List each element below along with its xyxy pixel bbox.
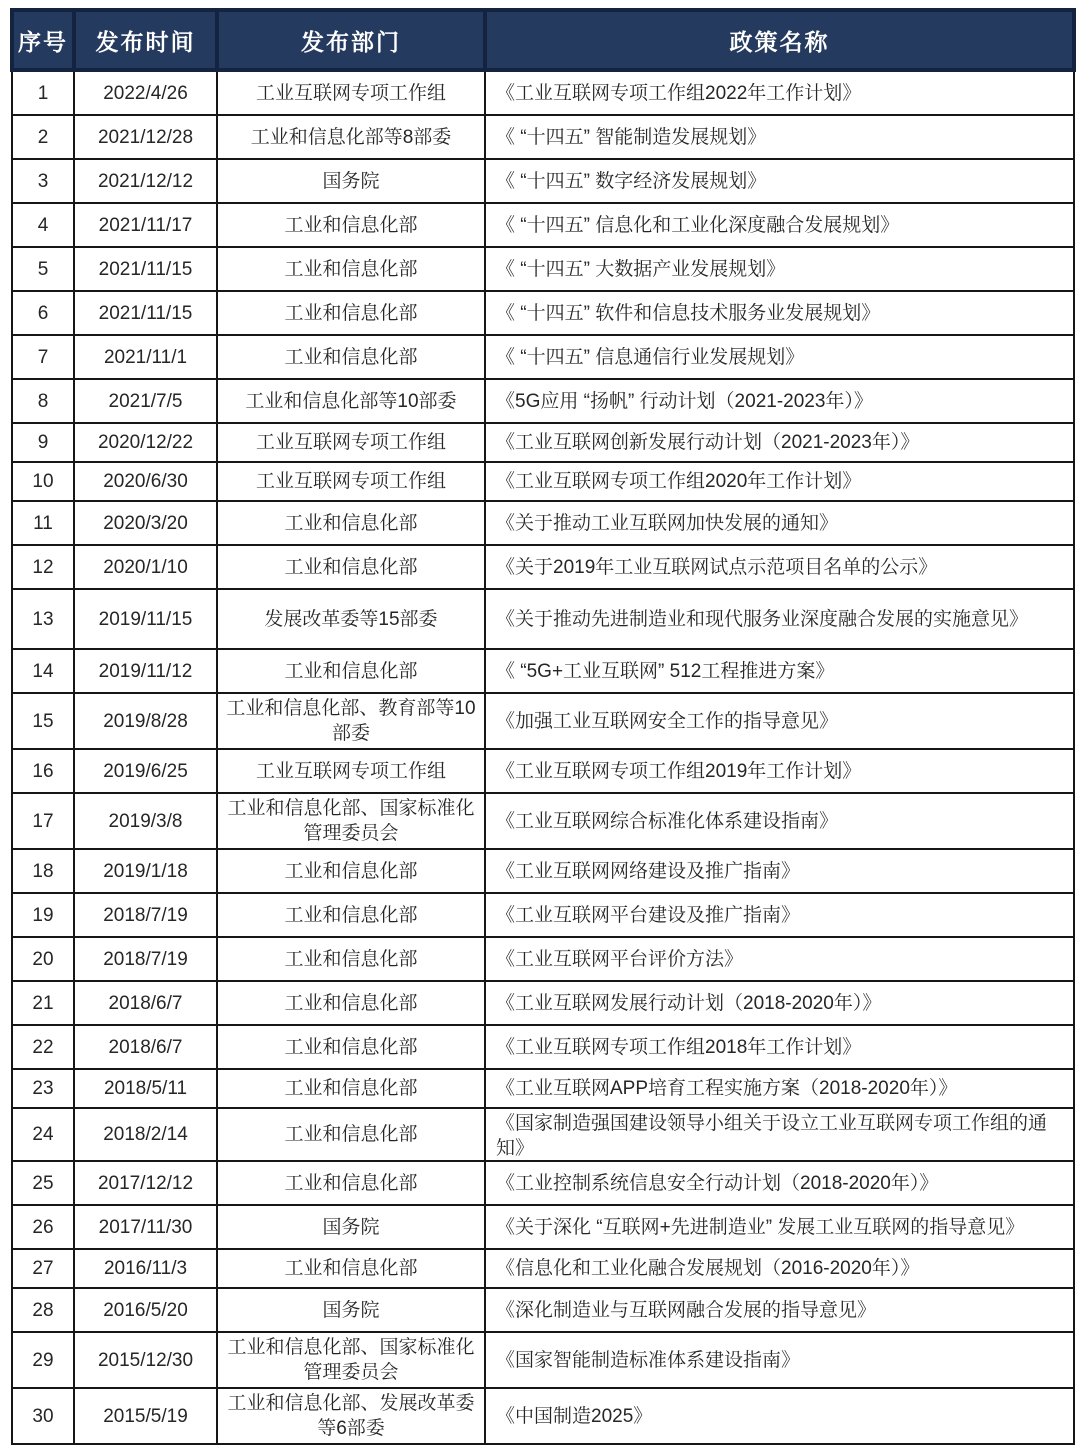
table-row: 2 2021/12/28 工业和信息化部等8部委 《 “十四五” 智能制造发展规…: [12, 115, 1074, 159]
page: 序号 发布时间 发布部门 政策名称 1 2022/4/26 工业互联网专项工作组…: [0, 0, 1080, 1423]
cell-index: 15: [12, 693, 74, 749]
cell-date: 2021/11/15: [74, 291, 217, 335]
cell-department: 工业和信息化部: [217, 1069, 485, 1108]
cell-policy: 《工业互联网网络建设及推广指南》: [485, 849, 1074, 893]
cell-department: 工业和信息化部: [217, 849, 485, 893]
table-row: 11 2020/3/20 工业和信息化部 《关于推动工业互联网加快发展的通知》: [12, 501, 1074, 545]
cell-index: 3: [12, 159, 74, 203]
cell-department: 工业和信息化部: [217, 893, 485, 937]
cell-date: 2017/11/30: [74, 1205, 217, 1249]
table-row: 13 2019/11/15 发展改革委等15部委 《关于推动先进制造业和现代服务…: [12, 589, 1074, 649]
cell-index: 24: [12, 1108, 74, 1161]
table-row: 21 2018/6/7 工业和信息化部 《工业互联网发展行动计划（2018-20…: [12, 981, 1074, 1025]
cell-department: 工业和信息化部: [217, 1108, 485, 1161]
cell-policy: 《 “十四五” 数字经济发展规划》: [485, 159, 1074, 203]
cell-department: 工业和信息化部、国家标准化管理委员会: [217, 793, 485, 849]
cell-date: 2019/6/25: [74, 749, 217, 793]
cell-policy: 《工业互联网专项工作组2022年工作计划》: [485, 70, 1074, 115]
cell-policy: 《深化制造业与互联网融合发展的指导意见》: [485, 1288, 1074, 1332]
cell-index: 5: [12, 247, 74, 291]
table-row: 6 2021/11/15 工业和信息化部 《 “十四五” 软件和信息技术服务业发…: [12, 291, 1074, 335]
cell-policy: 《 “十四五” 智能制造发展规划》: [485, 115, 1074, 159]
cell-department: 工业互联网专项工作组: [217, 462, 485, 501]
cell-index: 9: [12, 423, 74, 462]
cell-date: 2021/12/28: [74, 115, 217, 159]
cell-index: 13: [12, 589, 74, 649]
table-row: 22 2018/6/7 工业和信息化部 《工业互联网专项工作组2018年工作计划…: [12, 1025, 1074, 1069]
cell-department: 工业和信息化部: [217, 1161, 485, 1205]
cell-department: 工业和信息化部: [217, 203, 485, 247]
cell-date: 2019/8/28: [74, 693, 217, 749]
cell-index: 26: [12, 1205, 74, 1249]
table-row: 28 2016/5/20 国务院 《深化制造业与互联网融合发展的指导意见》: [12, 1288, 1074, 1332]
cell-index: 8: [12, 379, 74, 423]
cell-department: 工业互联网专项工作组: [217, 70, 485, 115]
cell-department: 工业和信息化部: [217, 291, 485, 335]
cell-date: 2020/6/30: [74, 462, 217, 501]
cell-date: 2015/12/30: [74, 1332, 217, 1388]
cell-index: 17: [12, 793, 74, 849]
cell-date: 2021/12/12: [74, 159, 217, 203]
cell-date: 2016/5/20: [74, 1288, 217, 1332]
cell-policy: 《工业互联网专项工作组2019年工作计划》: [485, 749, 1074, 793]
cell-policy: 《工业互联网综合标准化体系建设指南》: [485, 793, 1074, 849]
cell-department: 工业和信息化部: [217, 981, 485, 1025]
cell-index: 4: [12, 203, 74, 247]
table-row: 7 2021/11/1 工业和信息化部 《 “十四五” 信息通信行业发展规划》: [12, 335, 1074, 379]
cell-policy: 《关于推动先进制造业和现代服务业深度融合发展的实施意见》: [485, 589, 1074, 649]
cell-date: 2017/12/12: [74, 1161, 217, 1205]
cell-date: 2019/1/18: [74, 849, 217, 893]
cell-index: 21: [12, 981, 74, 1025]
cell-index: 25: [12, 1161, 74, 1205]
cell-date: 2018/6/7: [74, 1025, 217, 1069]
cell-department: 发展改革委等15部委: [217, 589, 485, 649]
cell-date: 2020/1/10: [74, 545, 217, 589]
table-row: 1 2022/4/26 工业互联网专项工作组 《工业互联网专项工作组2022年工…: [12, 70, 1074, 115]
cell-index: 29: [12, 1332, 74, 1388]
cell-date: 2018/6/7: [74, 981, 217, 1025]
cell-policy: 《信息化和工业化融合发展规划（2016-2020年）》: [485, 1249, 1074, 1288]
table-row: 18 2019/1/18 工业和信息化部 《工业互联网网络建设及推广指南》: [12, 849, 1074, 893]
cell-date: 2021/7/5: [74, 379, 217, 423]
cell-policy: 《关于推动工业互联网加快发展的通知》: [485, 501, 1074, 545]
cell-index: 1: [12, 70, 74, 115]
cell-index: 7: [12, 335, 74, 379]
table-row: 24 2018/2/14 工业和信息化部 《国家制造强国建设领导小组关于设立工业…: [12, 1108, 1074, 1161]
cell-policy: 《工业互联网创新发展行动计划（2021-2023年）》: [485, 423, 1074, 462]
cell-index: 22: [12, 1025, 74, 1069]
cell-policy: 《国家制造强国建设领导小组关于设立工业互联网专项工作组的通知》: [485, 1108, 1074, 1161]
table-row: 8 2021/7/5 工业和信息化部等10部委 《5G应用 “扬帆” 行动计划（…: [12, 379, 1074, 423]
header-row: 序号 发布时间 发布部门 政策名称: [12, 10, 1074, 70]
table-row: 15 2019/8/28 工业和信息化部、教育部等10部委 《加强工业互联网安全…: [12, 693, 1074, 749]
cell-policy: 《工业互联网专项工作组2020年工作计划》: [485, 462, 1074, 501]
cell-policy: 《工业互联网平台建设及推广指南》: [485, 893, 1074, 937]
cell-policy: 《 “5G+工业互联网” 512工程推进方案》: [485, 649, 1074, 693]
cell-department: 工业和信息化部: [217, 335, 485, 379]
cell-department: 工业和信息化部、发展改革委等6部委: [217, 1388, 485, 1444]
cell-department: 工业和信息化部: [217, 247, 485, 291]
cell-department: 工业和信息化部等10部委: [217, 379, 485, 423]
cell-department: 工业和信息化部、教育部等10部委: [217, 693, 485, 749]
cell-policy: 《关于2019年工业互联网试点示范项目名单的公示》: [485, 545, 1074, 589]
cell-department: 国务院: [217, 159, 485, 203]
table-row: 19 2018/7/19 工业和信息化部 《工业互联网平台建设及推广指南》: [12, 893, 1074, 937]
table-body: 1 2022/4/26 工业互联网专项工作组 《工业互联网专项工作组2022年工…: [12, 70, 1074, 1444]
cell-policy: 《 “十四五” 信息化和工业化深度融合发展规划》: [485, 203, 1074, 247]
cell-policy: 《 “十四五” 信息通信行业发展规划》: [485, 335, 1074, 379]
cell-policy: 《中国制造2025》: [485, 1388, 1074, 1444]
cell-date: 2021/11/1: [74, 335, 217, 379]
cell-index: 18: [12, 849, 74, 893]
cell-department: 工业和信息化部: [217, 1025, 485, 1069]
cell-date: 2021/11/15: [74, 247, 217, 291]
cell-policy: 《 “十四五” 大数据产业发展规划》: [485, 247, 1074, 291]
cell-department: 工业和信息化部等8部委: [217, 115, 485, 159]
cell-date: 2020/3/20: [74, 501, 217, 545]
table-row: 23 2018/5/11 工业和信息化部 《工业互联网APP培育工程实施方案（2…: [12, 1069, 1074, 1108]
table-row: 9 2020/12/22 工业互联网专项工作组 《工业互联网创新发展行动计划（2…: [12, 423, 1074, 462]
cell-date: 2019/11/12: [74, 649, 217, 693]
cell-policy: 《工业互联网平台评价方法》: [485, 937, 1074, 981]
cell-index: 23: [12, 1069, 74, 1108]
cell-date: 2015/5/19: [74, 1388, 217, 1444]
table-row: 27 2016/11/3 工业和信息化部 《信息化和工业化融合发展规划（2016…: [12, 1249, 1074, 1288]
cell-policy: 《国家智能制造标准体系建设指南》: [485, 1332, 1074, 1388]
table-row: 17 2019/3/8 工业和信息化部、国家标准化管理委员会 《工业互联网综合标…: [12, 793, 1074, 849]
table-row: 29 2015/12/30 工业和信息化部、国家标准化管理委员会 《国家智能制造…: [12, 1332, 1074, 1388]
cell-date: 2019/3/8: [74, 793, 217, 849]
cell-index: 6: [12, 291, 74, 335]
table-row: 10 2020/6/30 工业互联网专项工作组 《工业互联网专项工作组2020年…: [12, 462, 1074, 501]
cell-policy: 《工业互联网发展行动计划（2018-2020年）》: [485, 981, 1074, 1025]
cell-index: 19: [12, 893, 74, 937]
cell-date: 2018/2/14: [74, 1108, 217, 1161]
cell-policy: 《关于深化 “互联网+先进制造业” 发展工业互联网的指导意见》: [485, 1205, 1074, 1249]
cell-policy: 《工业互联网APP培育工程实施方案（2018-2020年）》: [485, 1069, 1074, 1108]
table-row: 20 2018/7/19 工业和信息化部 《工业互联网平台评价方法》: [12, 937, 1074, 981]
cell-department: 工业和信息化部: [217, 937, 485, 981]
policy-table: 序号 发布时间 发布部门 政策名称 1 2022/4/26 工业互联网专项工作组…: [10, 8, 1076, 1445]
cell-department: 工业互联网专项工作组: [217, 749, 485, 793]
cell-policy: 《加强工业互联网安全工作的指导意见》: [485, 693, 1074, 749]
table-row: 14 2019/11/12 工业和信息化部 《 “5G+工业互联网” 512工程…: [12, 649, 1074, 693]
col-header-index: 序号: [12, 10, 74, 70]
col-header-department: 发布部门: [217, 10, 485, 70]
cell-date: 2021/11/17: [74, 203, 217, 247]
cell-department: 工业和信息化部、国家标准化管理委员会: [217, 1332, 485, 1388]
cell-index: 16: [12, 749, 74, 793]
cell-department: 国务院: [217, 1288, 485, 1332]
cell-index: 27: [12, 1249, 74, 1288]
cell-index: 10: [12, 462, 74, 501]
cell-index: 12: [12, 545, 74, 589]
cell-date: 2020/12/22: [74, 423, 217, 462]
cell-policy: 《工业互联网专项工作组2018年工作计划》: [485, 1025, 1074, 1069]
cell-department: 工业和信息化部: [217, 1249, 485, 1288]
cell-department: 工业和信息化部: [217, 649, 485, 693]
table-row: 16 2019/6/25 工业互联网专项工作组 《工业互联网专项工作组2019年…: [12, 749, 1074, 793]
cell-department: 工业和信息化部: [217, 501, 485, 545]
table-row: 26 2017/11/30 国务院 《关于深化 “互联网+先进制造业” 发展工业…: [12, 1205, 1074, 1249]
table-header: 序号 发布时间 发布部门 政策名称: [12, 10, 1074, 70]
cell-index: 28: [12, 1288, 74, 1332]
cell-index: 11: [12, 501, 74, 545]
table-row: 3 2021/12/12 国务院 《 “十四五” 数字经济发展规划》: [12, 159, 1074, 203]
cell-policy: 《5G应用 “扬帆” 行动计划（2021-2023年）》: [485, 379, 1074, 423]
cell-policy: 《工业控制系统信息安全行动计划（2018-2020年）》: [485, 1161, 1074, 1205]
cell-department: 工业互联网专项工作组: [217, 423, 485, 462]
cell-department: 工业和信息化部: [217, 545, 485, 589]
col-header-policy: 政策名称: [485, 10, 1074, 70]
table-row: 25 2017/12/12 工业和信息化部 《工业控制系统信息安全行动计划（20…: [12, 1161, 1074, 1205]
table-row: 30 2015/5/19 工业和信息化部、发展改革委等6部委 《中国制造2025…: [12, 1388, 1074, 1444]
cell-date: 2018/7/19: [74, 937, 217, 981]
cell-date: 2018/5/11: [74, 1069, 217, 1108]
cell-index: 2: [12, 115, 74, 159]
cell-department: 国务院: [217, 1205, 485, 1249]
cell-policy: 《 “十四五” 软件和信息技术服务业发展规划》: [485, 291, 1074, 335]
cell-date: 2019/11/15: [74, 589, 217, 649]
col-header-date: 发布时间: [74, 10, 217, 70]
cell-date: 2018/7/19: [74, 893, 217, 937]
table-row: 5 2021/11/15 工业和信息化部 《 “十四五” 大数据产业发展规划》: [12, 247, 1074, 291]
table-row: 4 2021/11/17 工业和信息化部 《 “十四五” 信息化和工业化深度融合…: [12, 203, 1074, 247]
cell-index: 20: [12, 937, 74, 981]
cell-index: 30: [12, 1388, 74, 1444]
table-row: 12 2020/1/10 工业和信息化部 《关于2019年工业互联网试点示范项目…: [12, 545, 1074, 589]
cell-date: 2022/4/26: [74, 70, 217, 115]
cell-date: 2016/11/3: [74, 1249, 217, 1288]
cell-index: 14: [12, 649, 74, 693]
